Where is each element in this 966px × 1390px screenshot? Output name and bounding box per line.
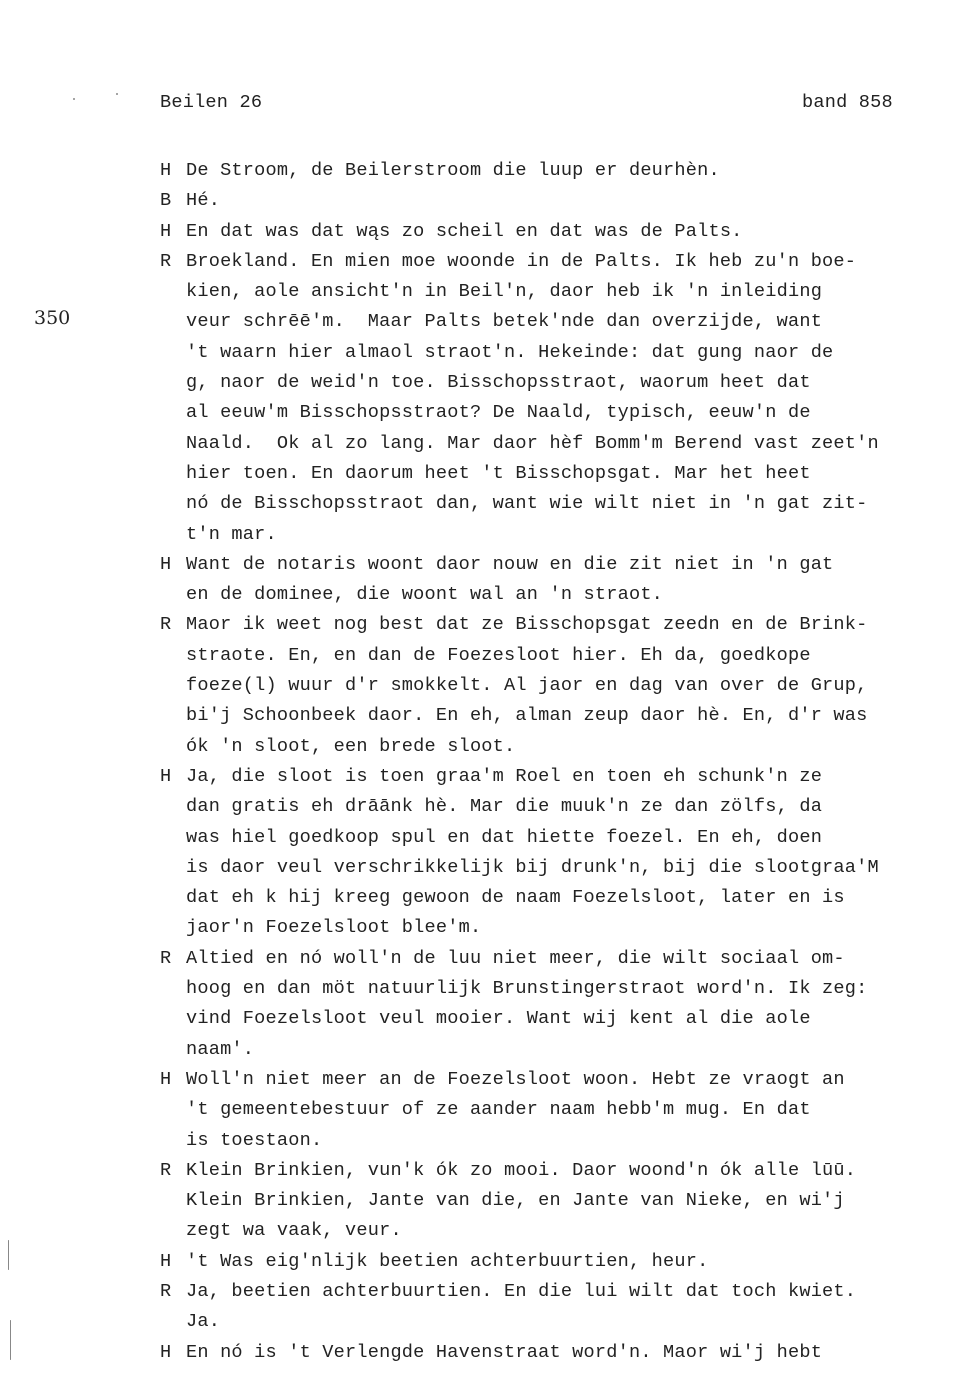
speaker-label [160,974,186,1004]
speaker-label: H [160,217,186,247]
transcript-page: Beilen 26 band 858 350 HDe Stroom, de Be… [0,0,966,1390]
transcript-line: dan gratis eh drāānk hè. Mar die muuk'n … [160,792,879,822]
line-text: 't waarn hier almaol straot'n. Hekeinde:… [186,338,833,368]
transcript-line: kien, aole ansicht'n in Beil'n, daor heb… [160,277,879,307]
line-text: en de dominee, die woont wal an 'n strao… [186,580,663,610]
line-text: hoog en dan möt natuurlijk Brunstingerst… [186,974,867,1004]
transcript-line: H't Was eig'nlijk beetien achterbuurtien… [160,1247,879,1277]
transcript-line: HDe Stroom, de Beilerstroom die luup er … [160,156,879,186]
speaker-label [160,883,186,913]
line-text: Ja, die sloot is toen graa'm Roel en toe… [186,762,822,792]
speaker-label: R [160,1277,186,1307]
line-text: Ja. [186,1307,220,1337]
transcript-line: RMaor ik weet nog best dat ze Bisschopsg… [160,610,879,640]
speaker-label: B [160,186,186,216]
transcript-line: veur schrēē'm. Maar Palts betek'nde dan … [160,307,879,337]
header-tape-number: band 858 [802,92,893,113]
speaker-label: H [160,1065,186,1095]
line-text: Maor ik weet nog best dat ze Bisschopsga… [186,610,867,640]
transcript-line: hier toen. En daorum heet 't Bisschopsga… [160,459,879,489]
speaker-label [160,368,186,398]
line-text: is daor veul verschrikkelijk bij drunk'n… [186,853,879,883]
line-text: zegt wa vaak, veur. [186,1216,402,1246]
speaker-label [160,1004,186,1034]
line-text: Klein Brinkien, Jante van die, en Jante … [186,1186,845,1216]
transcript-line: t'n mar. [160,520,879,550]
line-text: veur schrēē'm. Maar Palts betek'nde dan … [186,307,822,337]
header-location: Beilen 26 [160,92,262,113]
speaker-label: H [160,1338,186,1368]
line-text: vind Foezelsloot veul mooier. Want wij k… [186,1004,811,1034]
speaker-label: R [160,1156,186,1186]
speaker-label [160,641,186,671]
transcript-line: HWant de notaris woont daor nouw en die … [160,550,879,580]
transcript-line: nó de Bisschopsstraot dan, want wie wilt… [160,489,879,519]
line-text: g, naor de weid'n toe. Bisschopsstraot, … [186,368,811,398]
transcript-line: Klein Brinkien, Jante van die, en Jante … [160,1186,879,1216]
line-text: dat eh k hij kreeg gewoon de naam Foezel… [186,883,845,913]
line-text: naam'. [186,1035,254,1065]
line-text: 't Was eig'nlijk beetien achterbuurtien,… [186,1247,708,1277]
speaker-label [160,671,186,701]
line-text: jaor'n Foezelsloot blee'm. [186,913,481,943]
transcript-line: BHé. [160,186,879,216]
transcript-line: vind Foezelsloot veul mooier. Want wij k… [160,1004,879,1034]
speaker-label: R [160,610,186,640]
speaker-label [160,520,186,550]
line-text: 't gemeentebestuur of ze aander naam heb… [186,1095,811,1125]
line-text: Klein Brinkien, vun'k ók zo mooi. Daor w… [186,1156,856,1186]
speaker-label [160,1307,186,1337]
line-text: En nó is 't Verlengde Havenstraat word'n… [186,1338,822,1368]
transcript-line: 't waarn hier almaol straot'n. Hekeinde:… [160,338,879,368]
transcript-line: HEn dat was dat wąs zo scheil en dat was… [160,217,879,247]
transcript-line: ók 'n sloot, een brede sloot. [160,732,879,762]
scan-speck [116,93,118,95]
line-text: bi'j Schoonbeek daor. En eh, alman zeup … [186,701,867,731]
speaker-label [160,489,186,519]
line-text: t'n mar. [186,520,277,550]
speaker-label: H [160,1247,186,1277]
line-text: Want de notaris woont daor nouw en die z… [186,550,833,580]
transcript-line: naam'. [160,1035,879,1065]
speaker-label [160,732,186,762]
speaker-label [160,459,186,489]
transcript-line: HJa, die sloot is toen graa'm Roel en to… [160,762,879,792]
line-text: straote. En, en dan de Foezesloot hier. … [186,641,811,671]
transcript-line: bi'j Schoonbeek daor. En eh, alman zeup … [160,701,879,731]
speaker-label: H [160,762,186,792]
line-text: Woll'n niet meer an de Foezelsloot woon.… [186,1065,845,1095]
speaker-label [160,429,186,459]
speaker-label [160,338,186,368]
speaker-label: H [160,156,186,186]
line-text: is toestaon. [186,1126,322,1156]
speaker-label [160,1126,186,1156]
transcript-line: g, naor de weid'n toe. Bisschopsstraot, … [160,368,879,398]
transcript-line: RJa, beetien achterbuurtien. En die lui … [160,1277,879,1307]
speaker-label: H [160,550,186,580]
scan-speck [10,1320,11,1360]
speaker-label: R [160,247,186,277]
transcript-line: dat eh k hij kreeg gewoon de naam Foezel… [160,883,879,913]
margin-line-number: 350 [34,307,70,329]
line-text: Ja, beetien achterbuurtien. En die lui w… [186,1277,856,1307]
speaker-label [160,853,186,883]
transcript-line: straote. En, en dan de Foezesloot hier. … [160,641,879,671]
transcript-line: zegt wa vaak, veur. [160,1216,879,1246]
line-text: Altied en nó woll'n de luu niet meer, di… [186,944,845,974]
speaker-label [160,823,186,853]
transcript-line: HWoll'n niet meer an de Foezelsloot woon… [160,1065,879,1095]
speaker-label [160,792,186,822]
line-text: hier toen. En daorum heet 't Bisschopsga… [186,459,811,489]
speaker-label [160,277,186,307]
transcript-line: RKlein Brinkien, vun'k ók zo mooi. Daor … [160,1156,879,1186]
line-text: Hé. [186,186,220,216]
line-text: kien, aole ansicht'n in Beil'n, daor heb… [186,277,822,307]
line-text: was hiel goedkoop spul en dat hiette foe… [186,823,822,853]
speaker-label [160,1186,186,1216]
speaker-label [160,1035,186,1065]
line-text: foeze(l) wuur d'r smokkelt. Al jaor en d… [186,671,867,701]
line-text: al eeuw'm Bisschopsstraot? De Naald, typ… [186,398,811,428]
transcript-line: was hiel goedkoop spul en dat hiette foe… [160,823,879,853]
transcript-line: en de dominee, die woont wal an 'n strao… [160,580,879,610]
transcript-line: foeze(l) wuur d'r smokkelt. Al jaor en d… [160,671,879,701]
transcript-line: is toestaon. [160,1126,879,1156]
scan-speck [8,1240,9,1270]
transcript-body: HDe Stroom, de Beilerstroom die luup er … [160,156,879,1368]
line-text: dan gratis eh drāānk hè. Mar die muuk'n … [186,792,822,822]
scan-speck [73,98,75,100]
line-text: ók 'n sloot, een brede sloot. [186,732,515,762]
transcript-line: Ja. [160,1307,879,1337]
transcript-line: RBroekland. En mien moe woonde in de Pal… [160,247,879,277]
speaker-label [160,580,186,610]
speaker-label [160,913,186,943]
line-text: Naald. Ok al zo lang. Mar daor hèf Bomm'… [186,429,879,459]
line-text: nó de Bisschopsstraot dan, want wie wilt… [186,489,867,519]
speaker-label [160,1095,186,1125]
transcript-line: al eeuw'm Bisschopsstraot? De Naald, typ… [160,398,879,428]
transcript-line: jaor'n Foezelsloot blee'm. [160,913,879,943]
line-text: De Stroom, de Beilerstroom die luup er d… [186,156,720,186]
line-text: Broekland. En mien moe woonde in de Palt… [186,247,856,277]
speaker-label [160,701,186,731]
speaker-label [160,307,186,337]
transcript-line: RAltied en nó woll'n de luu niet meer, d… [160,944,879,974]
speaker-label: R [160,944,186,974]
transcript-line: HEn nó is 't Verlengde Havenstraat word'… [160,1338,879,1368]
line-text: En dat was dat wąs zo scheil en dat was … [186,217,743,247]
transcript-line: Naald. Ok al zo lang. Mar daor hèf Bomm'… [160,429,879,459]
transcript-line: hoog en dan möt natuurlijk Brunstingerst… [160,974,879,1004]
speaker-label [160,1216,186,1246]
transcript-line: 't gemeentebestuur of ze aander naam heb… [160,1095,879,1125]
speaker-label [160,398,186,428]
transcript-line: is daor veul verschrikkelijk bij drunk'n… [160,853,879,883]
